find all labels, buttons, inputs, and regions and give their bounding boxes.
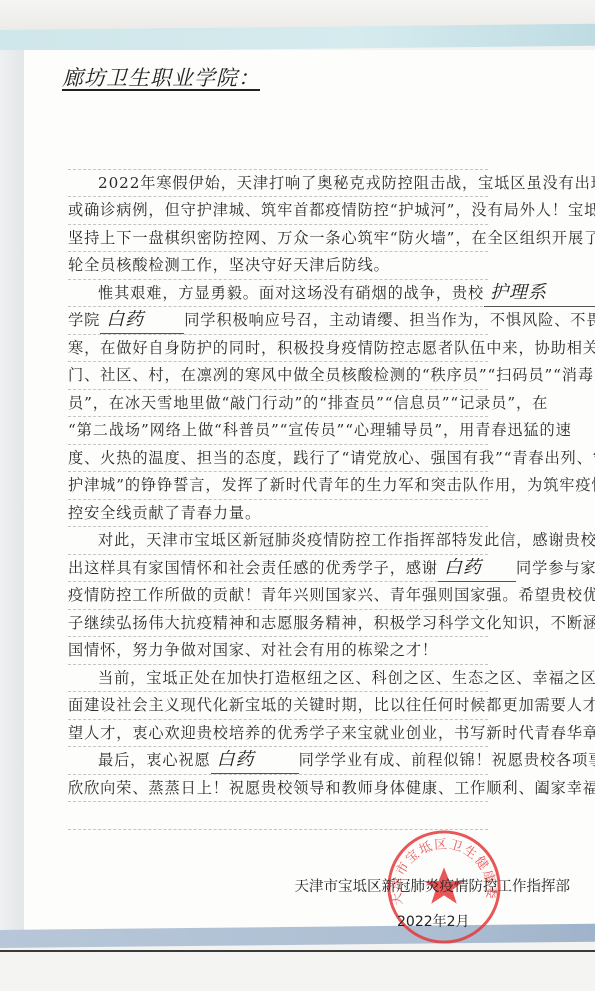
text: 同学学业有成、前程似锦！祝愿贵校各项事业 [299, 751, 595, 769]
text-line: 疫情防控工作所做的贡献！青年兴则国家兴、青年强则国家强。希望贵校优秀学 [68, 582, 488, 610]
text: 惟其艰难，方显勇毅。面对这场没有硝烟的战争，贵校 [98, 284, 484, 302]
letter-date: 2022年2月 [397, 911, 470, 931]
text-line: 坚持上下一盘棋织密防控网、万众一条心筑牢“防火墙”，在全区组织开展了四 [68, 225, 488, 253]
text-line: 度、火热的温度、担当的态度，践行了“请党放心、强国有我”“青春出列、守 [68, 445, 488, 473]
text-line: 惟其艰难，方显勇毅。面对这场没有硝烟的战争，贵校护理系 [68, 280, 488, 308]
text-line: 员”，在冰天雪地里做“敲门行动”的“排查员”“信息员”“记录员”，在 [68, 390, 488, 418]
text: 出这样具有家国情怀和社会责任感的优秀学子，感谢 [68, 559, 438, 577]
text-line: 欣欣向荣、蒸蒸日上！祝愿贵校领导和教师身体健康、工作顺利、阖家幸福！ [68, 775, 488, 803]
text-line: 护津城”的铮铮誓言，发挥了新时代青年的生力军和突击队作用，为筑牢疫情防 [68, 472, 488, 500]
signature-org: 天津市宝坻区新冠肺炎疫情防控工作指挥部 [295, 875, 571, 896]
text: 最后，衷心祝愿 [98, 751, 211, 769]
text-line: 对此，天津市宝坻区新冠肺炎疫情防控工作指挥部特发此信，感谢贵校培养 [68, 527, 488, 555]
text-line: 控安全线贡献了青春力量。 [68, 500, 488, 528]
text-line: 出这样具有家国情怀和社会责任感的优秀学子，感谢白药同学参与家乡 [68, 555, 488, 583]
text-line: 国情怀，努力争做对国家、对社会有用的栋梁之才！ [68, 637, 488, 665]
text-line: 门、社区、村，在凛冽的寒风中做全员核酸检测的“秩序员”“扫码员”“消毒 [68, 362, 488, 390]
text: 同学积极响应号召，主动请缨、担当作为，不惧风险、不畏严 [184, 311, 595, 329]
text-line: 学院白药同学积极响应号召，主动请缨、担当作为，不惧风险、不畏严 [68, 307, 488, 335]
page-left-margin [0, 50, 24, 940]
text-line: “第二战场”网络上做“科普员”“宣传员”“心理辅导员”，用青春迅猛的速 [68, 417, 488, 445]
text-line: 子继续弘扬伟大抗疫精神和志愿服务精神，积极学习科学文化知识，不断涵养爱 [68, 610, 488, 638]
text-line: 或确诊病例，但守护津城、筑牢首都疫情防控“护城河”，没有局外人！宝坻区 [68, 197, 488, 225]
text: 学院 [68, 311, 100, 329]
text-line: 2022年寒假伊始，天津打响了奥秘克戎防控阻击战，宝坻区虽没有出现疑似 [68, 170, 488, 198]
text: 同学参与家乡 [516, 559, 595, 577]
text-line: 当前，宝坻正处在加快打造枢纽之区、科创之区、生态之区、幸福之区，全 [68, 665, 488, 693]
scan-bottom-edge [0, 950, 595, 991]
letter-body: 2022年寒假伊始，天津打响了奥秘克戎防控阻击战，宝坻区虽没有出现疑似或确诊病例… [68, 142, 488, 830]
blank-line [68, 802, 488, 830]
text-line: 轮全员核酸检测工作，坚决守好天津后防线。 [68, 252, 488, 280]
text-line: 最后，衷心祝愿白药同学学业有成、前程似锦！祝愿贵校各项事业 [68, 747, 488, 775]
student-name-fill: 白药 [100, 307, 184, 334]
department-fill: 护理系 [484, 280, 595, 307]
blank-line [68, 142, 488, 170]
salutation: 廊坊卫生职业学院： [62, 62, 260, 92]
text-line: 面建设社会主义现代化新宝坻的关键时期，比以往任何时候都更加需要人才、渴 [68, 692, 488, 720]
text-line: 望人才，衷心欢迎贵校培养的优秀学子来宝就业创业，书写新时代青春华章！ [68, 720, 488, 748]
student-name-fill: 白药 [211, 747, 299, 774]
text-line: 寒，在做好自身防护的同时，积极投身疫情防控志愿者队伍中来，协助相关部 [68, 335, 488, 363]
student-name-fill: 白药 [438, 555, 516, 582]
